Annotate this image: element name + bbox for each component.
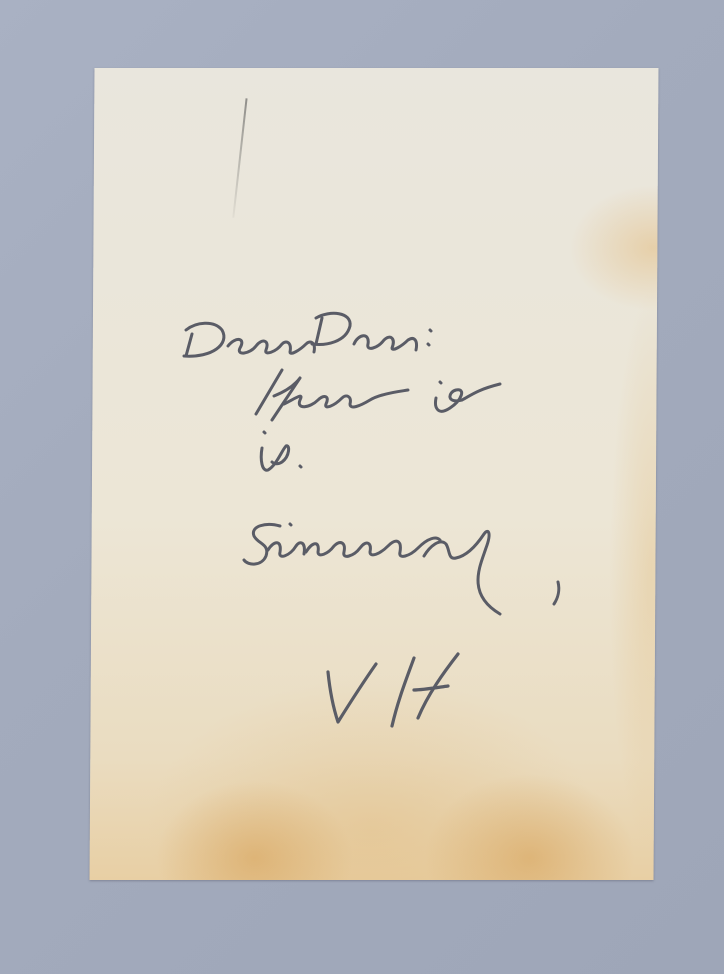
note-body-line1: Here it [256, 368, 378, 408]
photo-background: Dear Don: Here it is. Sincerely, VH [0, 0, 724, 974]
note-signature: VH [326, 652, 415, 717]
note-salutation: Dear Don: [180, 312, 356, 352]
note-closing: Sincerely, [244, 518, 422, 559]
note-paper [90, 68, 659, 880]
paper-crease [232, 98, 247, 217]
note-body-line2: is. [258, 430, 297, 470]
